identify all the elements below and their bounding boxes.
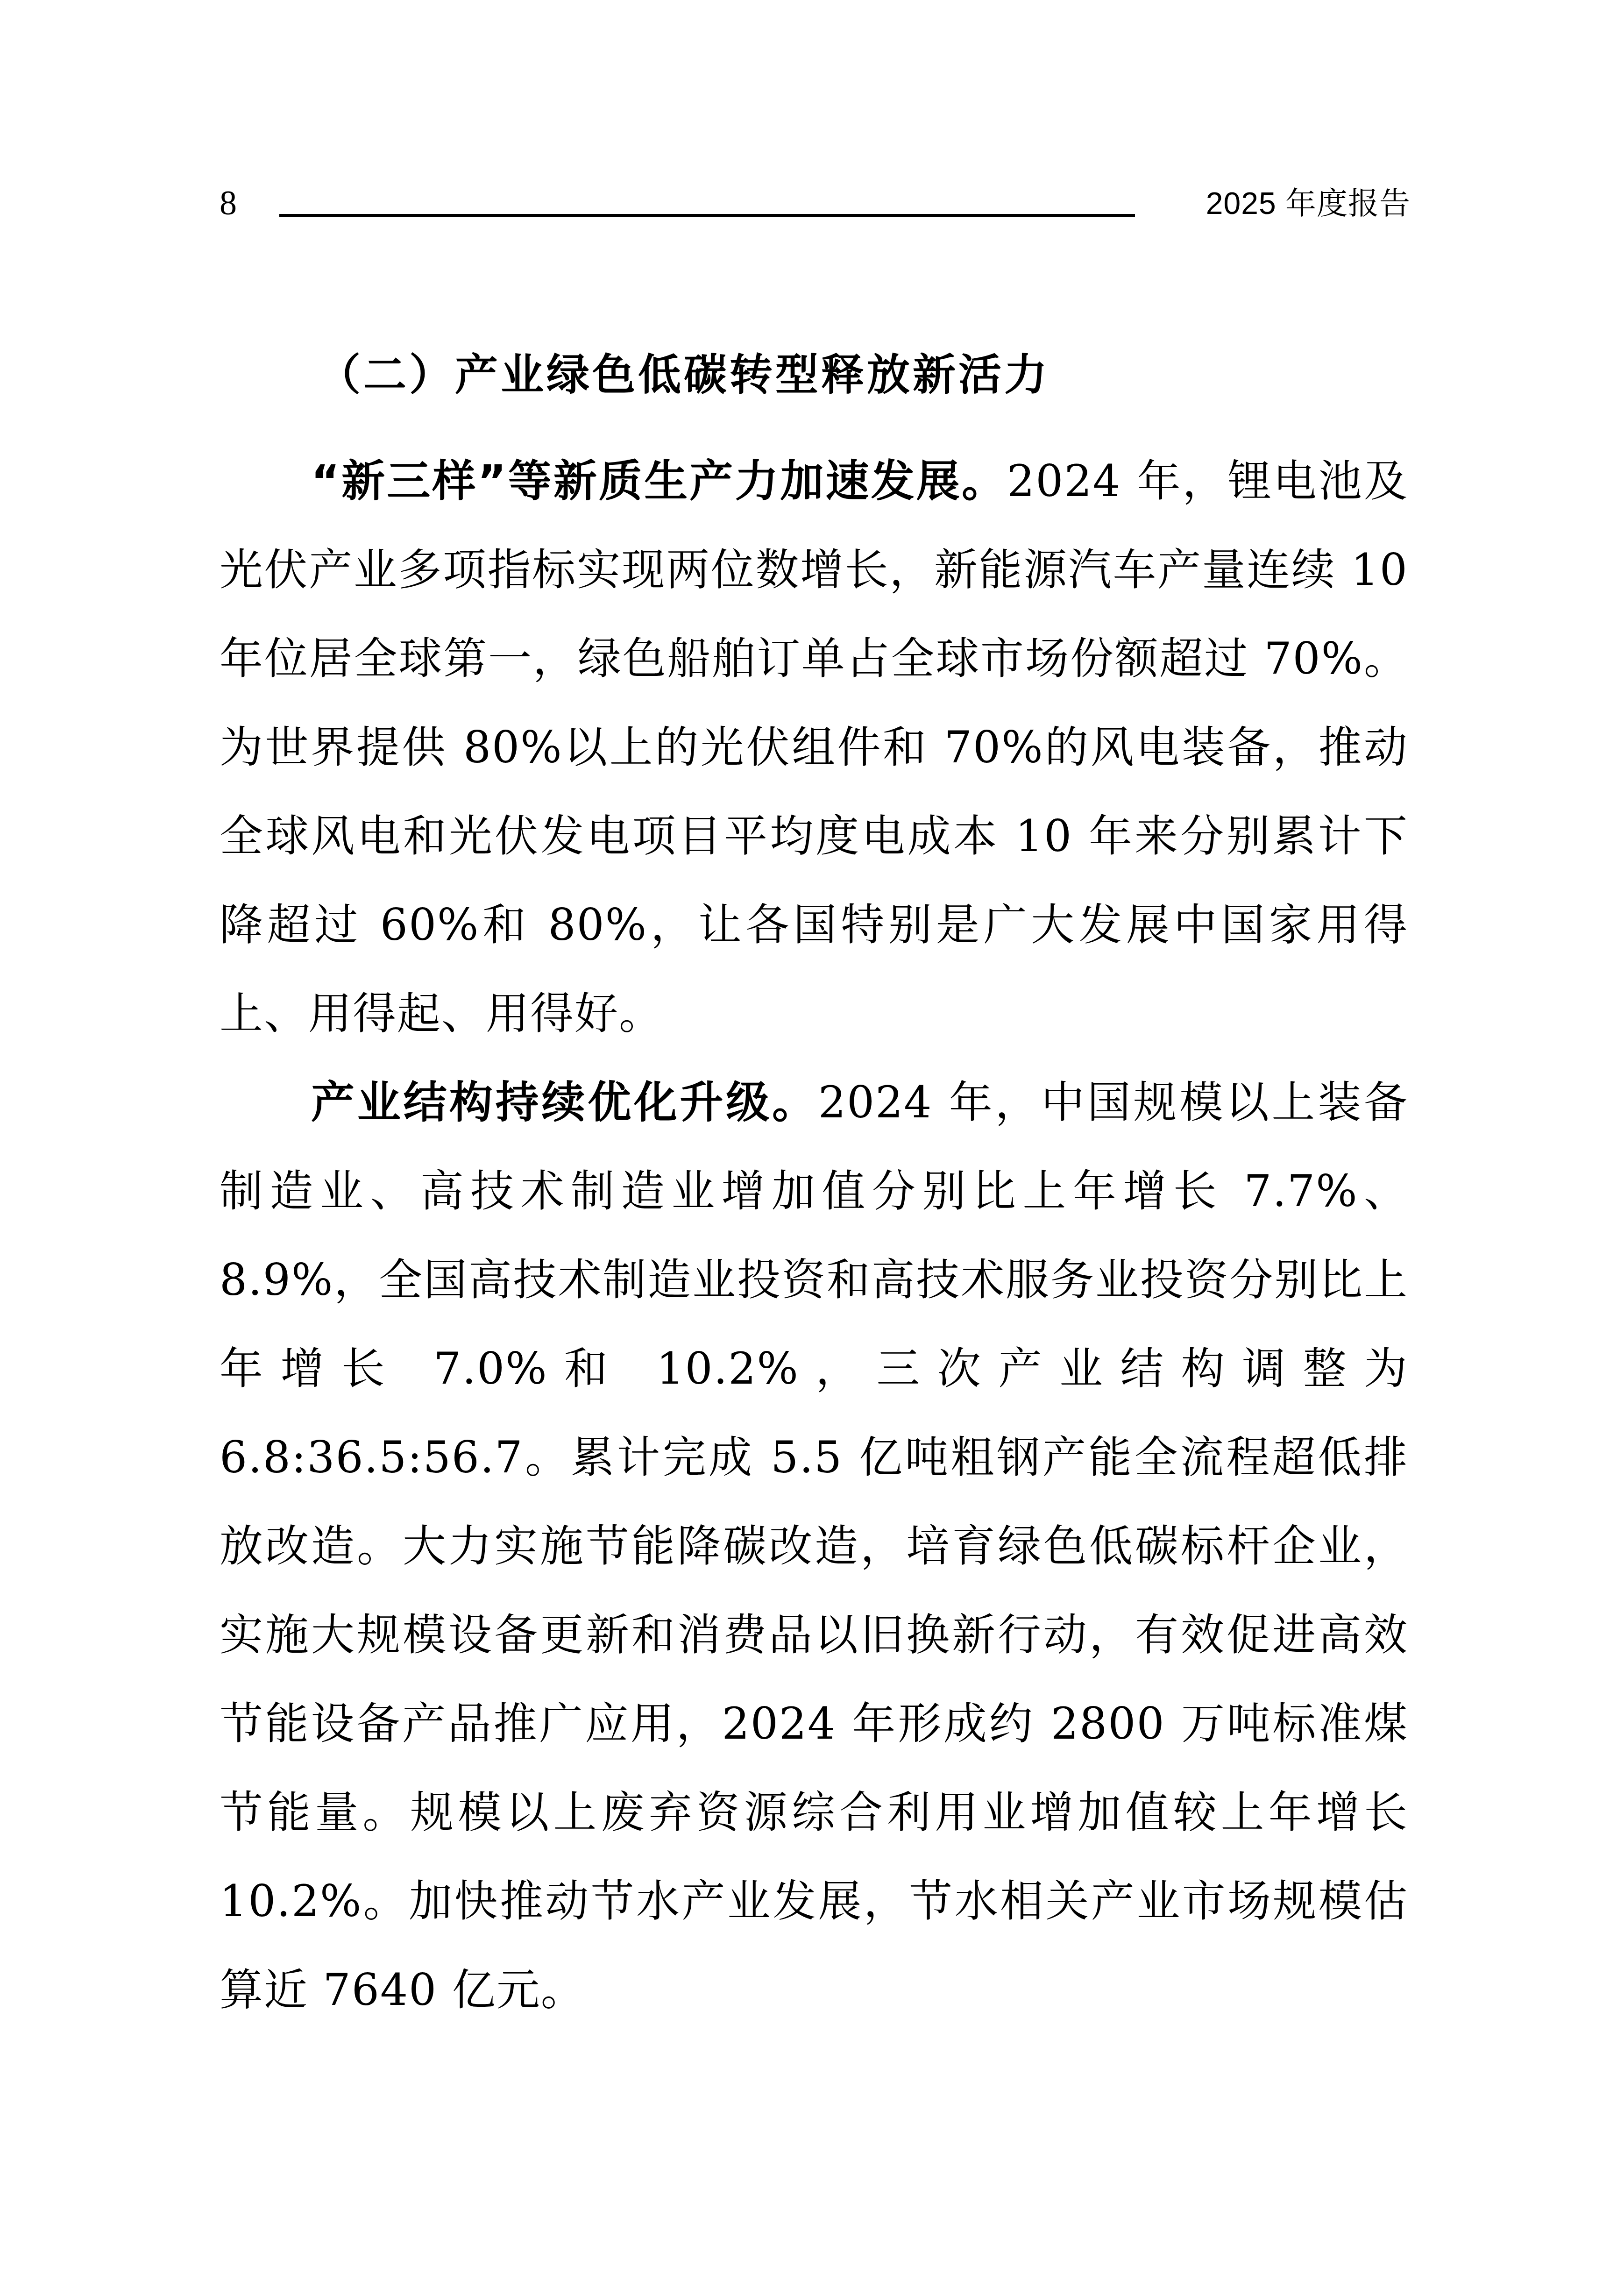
page-number: 8 bbox=[220, 178, 237, 229]
header-title: 2025 年度报告 bbox=[1206, 178, 1411, 229]
paragraph-body: 2024 年，锂电池及光伏产业多项指标实现两位数增长，新能源汽车产量连续 10 … bbox=[220, 456, 1408, 1039]
paragraph-new-three: “新三样”等新质生产力加速发展。2024 年，锂电池及光伏产业多项指标实现两位数… bbox=[220, 437, 1408, 1058]
paragraph-lead: “新三样”等新质生产力加速发展。 bbox=[311, 456, 1007, 506]
paragraph-lead: 产业结构持续优化升级。 bbox=[311, 1077, 818, 1128]
paragraph-body: 2024 年，中国规模以上装备制造业、高技术制造业增加值分别比上年增长 7.7%… bbox=[220, 1077, 1408, 2015]
paragraph-industrial-structure: 产业结构持续优化升级。2024 年，中国规模以上装备制造业、高技术制造业增加值分… bbox=[220, 1058, 1408, 2034]
header-rule bbox=[279, 214, 1135, 217]
section-heading: （二）产业绿色低碳转型释放新活力 bbox=[318, 346, 1408, 404]
running-header: 8 2025 年度报告 bbox=[220, 178, 1411, 229]
page-content: （二）产业绿色低碳转型释放新活力 “新三样”等新质生产力加速发展。2024 年，… bbox=[220, 346, 1408, 2034]
